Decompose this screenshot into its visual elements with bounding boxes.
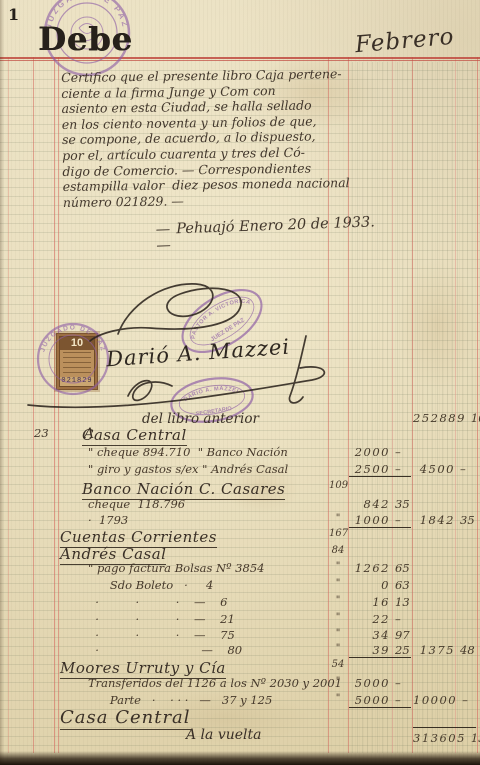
secretary-stamp-name: DARIO A. MAZZEI: [182, 383, 240, 404]
ledger-page: 1 JUZGADO DE PAZ Debe Febrero Certifico …: [0, 0, 480, 765]
amount-main: 5000: [349, 676, 395, 690]
entry-folio: ": [329, 595, 347, 606]
entry-folio: 167: [329, 528, 347, 539]
entry-folio: ": [329, 676, 347, 687]
ledger-row: Cuentas Corrientes167: [0, 528, 480, 545]
signature-flourishes: [0, 268, 360, 413]
ledger-row: " cheque 894.710 " Banco Nación2000–: [0, 445, 480, 462]
ledger-row: Transferidos del 1126 a los Nº 2030 y 20…: [0, 676, 480, 693]
ledger-rows: del libro anterior2528891023ACasa Centra…: [0, 405, 480, 755]
ledger-row: " pago factura Bolsas Nº 3854"126265: [0, 561, 480, 578]
entry-folio: ": [329, 561, 347, 572]
entry-amount-total: 4500–: [413, 462, 476, 476]
entry-folio: ": [329, 628, 347, 639]
amount-main: 10000: [413, 693, 462, 707]
entry-description: A la vuelta: [186, 727, 262, 743]
entry-description: " pago factura Bolsas Nº 3854: [88, 561, 264, 575]
page-title-debe: Debe: [38, 20, 133, 58]
entry-amount-partial: 063: [349, 578, 411, 592]
entry-amount-total: 31360513: [413, 727, 476, 745]
certificate-date: Pehuajó Enero 20 de 1933.: [150, 214, 391, 254]
entry-amount-total: 10000–: [413, 693, 476, 707]
amount-cents: –: [462, 693, 476, 707]
entry-amount-partial: 22–: [349, 612, 411, 626]
amount-main: 313605: [413, 731, 471, 745]
ledger-row: · · · — 21"22–: [0, 612, 480, 629]
entry-amount-partial: 84235: [349, 497, 411, 511]
judge-stamp-name: PASTOR A. VICTORICA: [184, 289, 254, 341]
ledger-row: 23ACasa Central: [0, 426, 480, 443]
amount-main: 16: [349, 595, 395, 609]
entry-description: Sdo Boleto · 4: [88, 578, 213, 592]
revenue-stamp-serial: 021829: [60, 377, 94, 386]
entry-description: · · · — 6: [88, 595, 227, 609]
amount-main: 39: [349, 643, 395, 657]
amount-cents: 13: [471, 731, 480, 745]
amount-cents: –: [460, 462, 476, 476]
amount-main: 2000: [349, 445, 395, 459]
ledger-row: · — 80"3925137548: [0, 643, 480, 660]
entry-amount-partial: 2000–: [349, 445, 411, 459]
entry-folio: 109: [329, 480, 347, 491]
entry-date: 23: [34, 426, 54, 440]
amount-cents: 10: [471, 411, 480, 425]
entry-amount-partial: 3925: [349, 643, 411, 658]
entry-description: · · · — 75: [88, 628, 235, 642]
amount-main: 842: [349, 497, 395, 511]
amount-cents: 13: [395, 595, 411, 609]
ledger-row: Banco Nación C. Casares109: [0, 480, 480, 497]
svg-text:PASTOR A. VICTORICA: PASTOR A. VICTORICA: [184, 289, 254, 341]
amount-cents: 97: [395, 628, 411, 642]
amount-cents: –: [395, 445, 411, 459]
revenue-stamp-value: 10: [60, 337, 94, 350]
entry-folio: 54: [329, 659, 347, 670]
entry-description: " giro y gastos s/ex " Andrés Casal: [88, 462, 288, 476]
entry-description: Parte · · · · — 37 y 125: [88, 693, 272, 707]
amount-cents: –: [395, 462, 411, 476]
entry-amount-partial: 1613: [349, 595, 411, 609]
page-number: 1: [8, 5, 19, 24]
amount-main: 1375: [413, 643, 460, 657]
amount-main: 2500: [349, 462, 395, 476]
entry-folio: ": [329, 578, 347, 589]
page-bottom-edge: [0, 751, 480, 765]
entry-folio: 84: [329, 545, 347, 556]
ledger-row: Sdo Boleto · 4"063: [0, 578, 480, 595]
entry-description: · · · — 21: [88, 612, 235, 626]
amount-cents: –: [395, 693, 411, 707]
entry-folio: ": [329, 612, 347, 623]
page-left-edge: [0, 0, 4, 765]
amount-cents: 65: [395, 561, 411, 575]
ledger-row: Casa Central: [0, 707, 480, 724]
entry-description: " cheque 894.710 " Banco Nación: [88, 445, 288, 459]
ledger-row: cheque 118.79684235: [0, 497, 480, 514]
amount-cents: 35: [395, 497, 411, 511]
ledger-row: Moores Urruty y Cía54: [0, 659, 480, 676]
entry-description: · 1793: [88, 513, 128, 527]
entry-description: · — 80: [88, 643, 242, 657]
revenue-stamp: 10 021829: [56, 333, 98, 390]
amount-cents: 48: [460, 643, 476, 657]
entry-folio: ": [329, 643, 347, 654]
revenue-stamp-engraving: [63, 352, 90, 377]
amount-cents: –: [395, 513, 411, 527]
ledger-row: " giro y gastos s/ex " Andrés Casal2500–…: [0, 462, 480, 479]
ledger-row: Andrés Casal84: [0, 545, 480, 562]
ledger-row: · · · — 6"1613: [0, 595, 480, 612]
amount-main: 34: [349, 628, 395, 642]
entry-amount-partial: 126265: [349, 561, 411, 575]
amount-main: 4500: [413, 462, 460, 476]
revenue-stamp-inner: 10 021829: [59, 336, 95, 387]
header-rule: [0, 60, 480, 61]
entry-description: Transferidos del 1126 a los Nº 2030 y 20…: [88, 676, 342, 690]
amount-main: 5000: [349, 693, 395, 707]
entry-folio: ": [329, 693, 347, 704]
entry-amount-total: 184235: [413, 513, 476, 527]
entry-description: cheque 118.796: [88, 497, 185, 511]
entry-amount-total: 137548: [413, 643, 476, 657]
entry-amount-total: 25288910: [413, 411, 476, 425]
entry-amount-partial: 5000–: [349, 676, 411, 690]
signature-name: Darió A. Mazzei: [105, 335, 290, 372]
month-label: Febrero: [354, 24, 455, 59]
entry-amount-partial: 3497: [349, 628, 411, 642]
amount-main: 1000: [349, 513, 395, 527]
certificate-line: número 021829. —: [63, 191, 355, 211]
amount-cents: 63: [395, 578, 411, 592]
amount-main: 22: [349, 612, 395, 626]
amount-main: 252889: [413, 411, 471, 425]
amount-cents: –: [395, 676, 411, 690]
amount-cents: 25: [395, 643, 411, 657]
entry-amount-partial: 1000–: [349, 513, 411, 528]
entry-amount-partial: 5000–: [349, 693, 411, 708]
amount-cents: –: [395, 612, 411, 626]
amount-main: 1842: [413, 513, 460, 527]
amount-main: 0: [349, 578, 395, 592]
certificate-text: Certifico que el presente libro Caja per…: [61, 66, 355, 210]
amount-main: 1262: [349, 561, 395, 575]
entry-amount-partial: 2500–: [349, 462, 411, 477]
ledger-row: A la vuelta31360513: [0, 727, 480, 744]
paper-stain: [395, 260, 480, 390]
entry-description: del libro anterior: [142, 411, 259, 427]
entry-description: Casa Central: [82, 426, 187, 446]
svg-text:DARIO A. MAZZEI: DARIO A. MAZZEI: [182, 383, 240, 404]
entry-folio: ": [329, 513, 347, 524]
amount-cents: 35: [460, 513, 476, 527]
